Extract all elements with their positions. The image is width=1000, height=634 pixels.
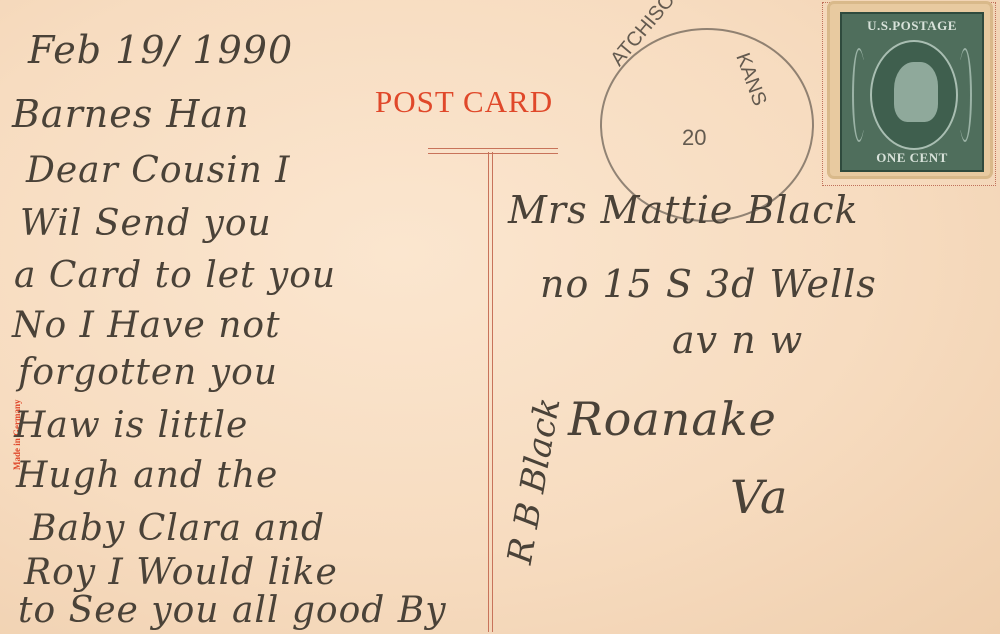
message-place: Barnes Han [12,92,250,136]
address-line: av n w [672,318,803,362]
address-line: Va [730,470,788,524]
postcard-title: POST CARD [375,84,553,120]
divider-vertical [488,152,493,632]
stamp-oval-frame [870,40,958,150]
message-line: Haw is little [14,405,248,446]
message-line: Dear Cousin I [26,150,291,191]
message-line: Hugh and the [16,455,278,496]
message-line: Roy I Would like [24,552,338,593]
postage-stamp: U.S.POSTAGE ONE CENT [830,4,990,176]
address-line: Mrs Mattie Black [508,188,859,232]
postmark-state: KANS [730,50,770,109]
message-line: to See you all good By [18,590,447,631]
postmark-town: ATCHISON [606,0,689,71]
postmark-day: 20 [682,125,706,151]
message-line: No I Have not [12,305,281,346]
message-line: Wil Send you [20,203,272,244]
laurel-wreath-icon [958,48,972,142]
address-line: Roanake [568,392,777,446]
laurel-wreath-icon [852,48,866,142]
stamp-top-text: U.S.POSTAGE [842,18,982,34]
address-line: no 15 S 3d Wells [540,262,877,306]
message-line: forgotten you [18,352,278,393]
message-line: Baby Clara and [30,508,325,549]
postcard-back: POST CARD Made in Germany Feb 19/ 1990 B… [0,0,1000,634]
stamp-denomination: ONE CENT [842,150,982,166]
message-signature: R B Black [500,395,569,567]
divider-horizontal [428,148,558,154]
message-date: Feb 19/ 1990 [28,28,293,72]
franklin-portrait-icon [894,62,938,122]
stamp-face: U.S.POSTAGE ONE CENT [840,12,984,172]
message-line: a Card to let you [14,255,336,296]
